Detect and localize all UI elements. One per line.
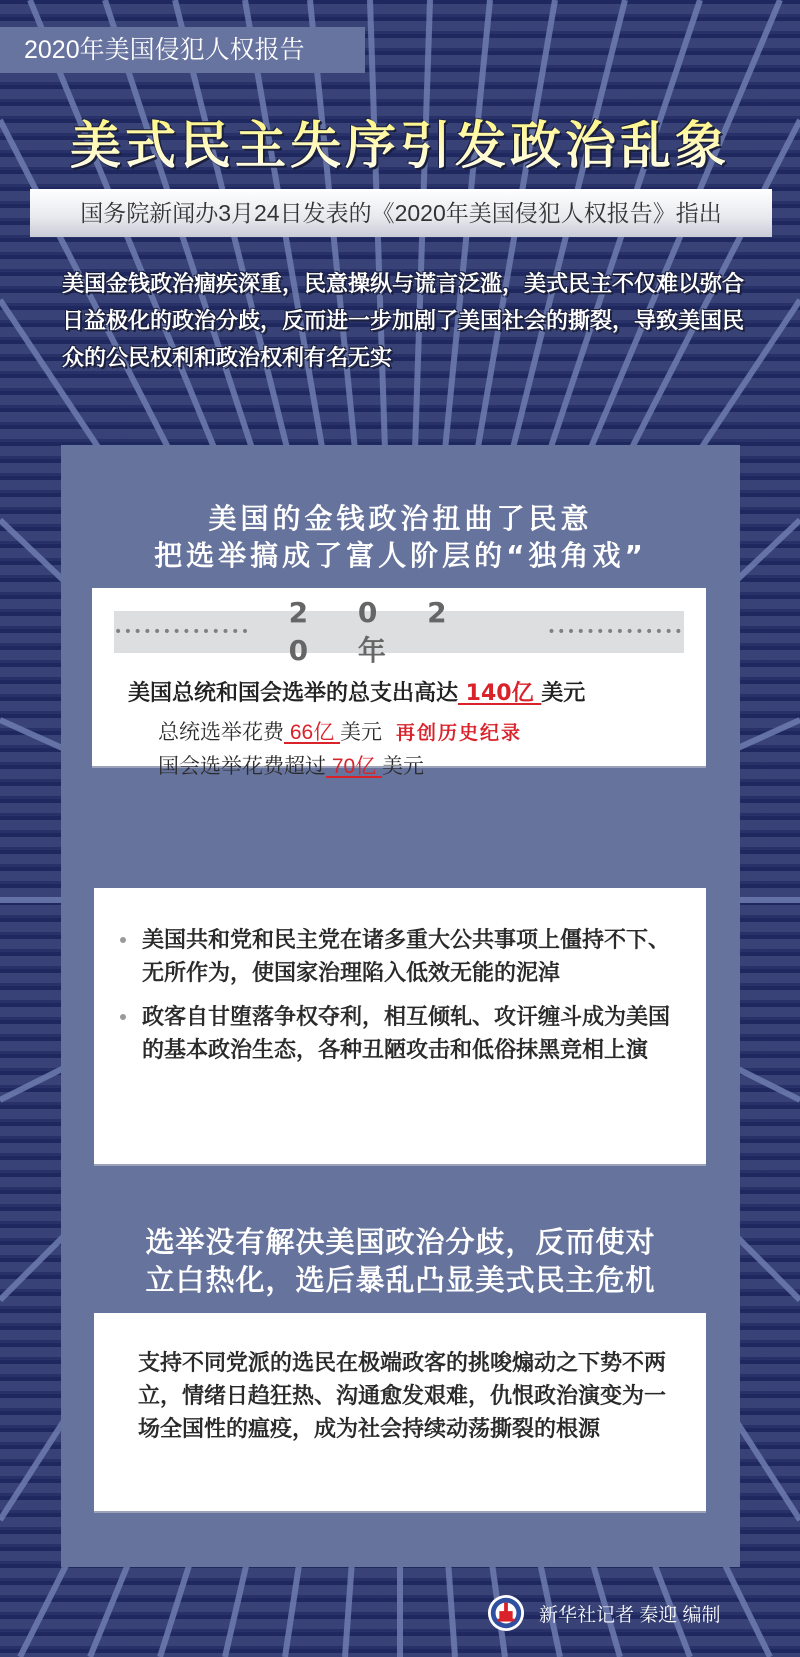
section-title-line: 立白热化，选后暴乱凸显美式民主危机 [61, 1261, 740, 1299]
list-item-text: 美国共和党和民主党在诸多重大公共事项上僵持不下、无所作为，使国家治理陷入低效无能… [142, 928, 670, 986]
presidential-prefix: 总统选举花费 [158, 721, 284, 744]
congressional-amount: 70亿 [326, 755, 382, 778]
bullet-dot-icon [120, 937, 126, 943]
total-amount: 140亿 [458, 681, 541, 706]
xinhua-logo-icon [487, 1594, 525, 1632]
total-spending-line: 美国总统和国会选举的总支出高达 140亿 美元 [128, 676, 688, 707]
main-title: 美式民主失序引发政治乱象 [0, 104, 800, 178]
presidential-suffix: 美元 [340, 721, 382, 744]
list-item: 政客自甘堕落争权夺利，相互倾轧、攻讦缠斗成为美国的基本政治生态，各种丑陋攻击和低… [118, 1001, 678, 1067]
presidential-spending-line: 总统选举花费 66亿 美元再创历史纪录 [158, 716, 522, 746]
polarization-text: 支持不同党派的选民在极端政客的挑唆煽动之下势不两立，情绪日趋狂热、沟通愈发艰难，… [138, 1347, 678, 1446]
year-bar: •••••••••••••• 2 0 2 0 年 •••••••••••••• [114, 611, 684, 653]
record-note: 再创历史纪录 [396, 722, 522, 744]
total-suffix: 美元 [541, 681, 585, 706]
dotted-divider: •••••••••••••• [114, 624, 251, 640]
bullet-list: 美国共和党和民主党在诸多重大公共事项上僵持不下、无所作为，使国家治理陷入低效无能… [118, 924, 678, 1078]
congressional-spending-line: 国会选举花费超过 70亿 美元 [158, 750, 424, 780]
section-election-crisis-title: 选举没有解决美国政治分歧，反而使对 立白热化，选后暴乱凸显美式民主危机 [61, 1223, 740, 1299]
year-label: 2 0 2 0 年 [289, 596, 530, 669]
list-item: 美国共和党和民主党在诸多重大公共事项上僵持不下、无所作为，使国家治理陷入低效无能… [118, 924, 678, 990]
partisan-gridlock-card: 美国共和党和民主党在诸多重大公共事项上僵持不下、无所作为，使国家治理陷入低效无能… [94, 888, 706, 1166]
credit-footer: 新华社记者 秦迎 编制 [487, 1595, 721, 1631]
congressional-suffix: 美元 [382, 755, 424, 778]
intro-paragraph: 美国金钱政治痼疾深重，民意操纵与谎言泛滥，美式民主不仅难以弥合日益极化的政治分歧… [62, 266, 752, 377]
election-spending-card: •••••••••••••• 2 0 2 0 年 •••••••••••••• … [92, 588, 706, 768]
section-title-line: 美国的金钱政治扭曲了民意 [61, 500, 740, 537]
total-prefix: 美国总统和国会选举的总支出高达 [128, 681, 458, 706]
list-item-text: 政客自甘堕落争权夺利，相互倾轧、攻讦缠斗成为美国的基本政治生态，各种丑陋攻击和低… [142, 1005, 670, 1063]
credit-text: 新华社记者 秦迎 编制 [539, 1600, 721, 1627]
polarization-card: 支持不同党派的选民在极端政客的挑唆煽动之下势不两立，情绪日趋狂热、沟通愈发艰难，… [94, 1313, 706, 1513]
content-panel: 美国的金钱政治扭曲了民意 把选举搞成了富人阶层的“独角戏” ••••••••••… [61, 445, 740, 1567]
section-money-politics-title: 美国的金钱政治扭曲了民意 把选举搞成了富人阶层的“独角戏” [61, 500, 740, 574]
section-title-line: 把选举搞成了富人阶层的“独角戏” [61, 537, 740, 574]
section-title-line: 选举没有解决美国政治分歧，反而使对 [61, 1223, 740, 1261]
report-label: 2020年美国侵犯人权报告 [0, 27, 365, 73]
bullet-dot-icon [120, 1014, 126, 1020]
source-banner: 国务院新闻办3月24日发表的《2020年美国侵犯人权报告》指出 [30, 189, 772, 237]
dotted-divider: •••••••••••••• [547, 624, 684, 640]
presidential-amount: 66亿 [284, 721, 340, 744]
congressional-prefix: 国会选举花费超过 [158, 755, 326, 778]
